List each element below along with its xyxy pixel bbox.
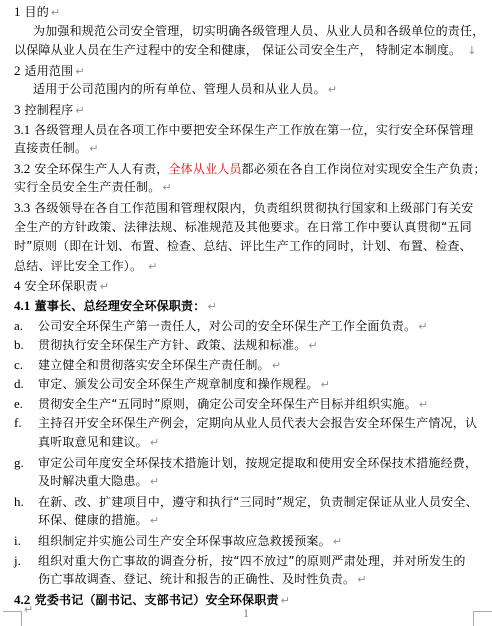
line-break-mark: ↓ (467, 44, 476, 57)
line-text: 公司安全环保生产第一责任人，对公司的安全环保生产工作全面负责。 (38, 319, 416, 333)
line-text: 在新、改、扩建项目中，遵守和执行“三同时”规定，负责制定保证从业人员安全、 (38, 495, 478, 509)
line-text: 建立健全和贯彻落实安全环保生产责任制。 (38, 358, 270, 372)
list-item: c.建立健全和贯彻落实安全环保生产责任制。↵ (14, 355, 478, 375)
body-line: 为加强和规范公司安全管理，切实明确各级管理人员、从业人员和各级单位的责任， (14, 22, 478, 42)
body-line: 以保障从业人员在生产过程中的安全和健康， 保证公司安全生产， 特制定本制度。 ↓ (14, 41, 478, 61)
list-item-continuation: 伤亡事故调查、登记、统计和报告的正确性、及时性负责。↵ (14, 570, 478, 590)
section-title: 目的 (25, 5, 49, 19)
list-marker: b. (14, 335, 38, 355)
line-text: 伤亡事故调查、登记、统计和报告的正确性、及时性负责。 (38, 572, 355, 586)
line-text: 直接责任制。 (14, 141, 87, 155)
clause-number: 3.2 (14, 161, 30, 176)
line-text: 主持召开安全环保生产例会，定期向从业人员代表大会报告安全环保生产情况，认 (38, 416, 477, 430)
section-title: 适用范围 (25, 64, 74, 78)
clause-number: 3.3 (14, 200, 30, 215)
subsection-number: 4.1 (14, 298, 30, 313)
paragraph-mark: ↵ (272, 359, 281, 372)
line-text: 及时解决重大隐患。 (38, 474, 148, 488)
paragraph-mark: ↵ (418, 320, 427, 333)
list-marker: j. (14, 551, 38, 571)
body-line: 3.2 安全环保生产人人有责，全体从业人员都必须在各自工作岗位对实现安全生产负责… (14, 159, 478, 179)
list-item: f.主持召开安全环保生产例会，定期向从业人员代表大会报告安全环保生产情况，认 (14, 413, 478, 433)
paragraph-mark: ↵ (308, 339, 317, 352)
list-marker: i. (14, 531, 38, 551)
paragraph-mark: ↵ (100, 280, 109, 293)
list-marker: h. (14, 492, 38, 512)
section-title: 控制程序 (25, 103, 74, 117)
line-text: 各级管理人员在各项工作中要把安全环保生产工作放在第一位，实行安全环保管理 (34, 123, 473, 137)
list-item: i.组织制定并实施公司生产安全环保事故应急救援预案。↵ (14, 531, 478, 551)
paragraph-mark: ↵ (75, 104, 84, 117)
section-heading: 4 安全环保职责↵ (14, 276, 478, 296)
line-text: 组织制定并实施公司生产安全环保事故应急救援预案。 (38, 534, 331, 548)
line-text: 安全环保生产人人有责， (34, 162, 168, 176)
page-number: 1 (0, 606, 492, 620)
paragraph-mark: ↵ (419, 398, 428, 411)
list-marker: f. (14, 413, 38, 433)
section-number: 4 (14, 278, 21, 293)
paragraph-mark: ↵ (333, 535, 342, 548)
list-item: a.公司安全环保生产第一责任人，对公司的安全环保生产工作全面负责。↵ (14, 316, 478, 336)
list-marker: e. (14, 394, 38, 414)
line-text: 审定、颁发公司安全环保生产规章制度和操作规程。 (38, 377, 319, 391)
line-text: 总结、评比安全工作）。 (14, 259, 146, 273)
line-text: 组织对重大伤亡事故的调查分析，按“四不放过”的原则严肃处理，并对所发生的 (38, 554, 466, 568)
section-heading: 1 目的↵ (14, 2, 478, 22)
line-text: 贯彻安全生产“五同时”原则，确定公司安全环保生产目标并组织实施。 (38, 397, 417, 411)
paragraph-mark: ↵ (357, 573, 366, 586)
line-text: 以保障从业人员在生产过程中的安全和健康， 保证公司安全生产， 特制定本制度。 (14, 43, 465, 57)
paragraph-mark: ↵ (150, 514, 159, 527)
list-item-continuation: 环保、健康的措施。↵ (14, 511, 478, 531)
body-line: 适用于公司范围内的所有单位、管理人员和从业人员。↵ (14, 80, 478, 100)
line-text: 适用于公司范围内的所有单位、管理人员和从业人员。 (33, 82, 326, 96)
clause-number: 3.1 (14, 122, 30, 137)
list-item: g.审定公司年度安全环保技术措施计划，按规定提取和使用安全环保技术措施经费， (14, 453, 478, 473)
body-line: 总结、评比安全工作）。 ↵ (14, 257, 478, 277)
line-text: 为加强和规范公司安全管理，切实明确各级管理人员、从业人员和各级单位的责任， (33, 24, 484, 38)
list-item-continuation: 真听取意见和建议。↵ (14, 433, 478, 453)
line-text: 时”原则（即在计划、布置、检查、总结、评比生产工作的同时，计划、布置、检查、 (14, 239, 472, 253)
body-line: 全生产的方针政策、法律法规、标准规范及其他要求。在日常工作中要认真贯彻“五同 (14, 218, 478, 238)
list-item: h.在新、改、扩建项目中，遵守和执行“三同时”规定，负责制定保证从业人员安全、 (14, 492, 478, 512)
section-number: 1 (14, 4, 21, 19)
section-heading: 2 适用范围↵ (14, 61, 478, 81)
list-item: d.审定、颁发公司安全环保生产规章制度和操作规程。↵ (14, 374, 478, 394)
body-line: 直接责任制。↵ (14, 139, 478, 159)
line-text: 真听取意见和建议。 (38, 435, 148, 449)
list-marker: c. (14, 355, 38, 375)
paragraph-mark: ↵ (321, 378, 330, 391)
paragraph-mark: ↵ (150, 475, 159, 488)
list-marker: g. (14, 453, 38, 473)
highlighted-text: 全体从业人员 (168, 162, 241, 176)
body-line: 时”原则（即在计划、布置、检查、总结、评比生产工作的同时，计划、布置、检查、 (14, 237, 478, 257)
paragraph-mark: ↵ (162, 181, 171, 194)
line-text: 各级领导在各自工作范围和管理权限内，负责组织贯彻执行国家和上级部门有关安 (34, 201, 473, 215)
paragraph-mark: ↵ (207, 300, 216, 313)
subsection-heading: 4.1 董事长、总经理安全环保职责：↵ (14, 296, 478, 316)
list-item: b.贯彻执行安全环保生产方针、政策、法规和标准。↵ (14, 335, 478, 355)
list-marker: a. (14, 316, 38, 336)
section-number: 3 (14, 102, 21, 117)
line-text: 实行全员安全生产责任制。 (14, 180, 160, 194)
paragraph-mark: ↵ (75, 65, 84, 78)
paragraph-mark: ↵ (51, 6, 60, 19)
line-text: 都必须在各自工作岗位对实现安全生产负责； (242, 162, 486, 176)
section-number: 2 (14, 63, 21, 78)
document-page: 1 目的↵ 为加强和规范公司安全管理，切实明确各级管理人员、从业人员和各级单位的… (0, 0, 492, 626)
paragraph-mark: ↵ (281, 594, 290, 607)
section-heading: 3 控制程序↵ (14, 100, 478, 120)
line-text: 全生产的方针政策、法律法规、标准规范及其他要求。在日常工作中要认真贯彻“五同 (14, 220, 472, 234)
section-title: 安全环保职责 (25, 279, 98, 293)
paragraph-mark: ↵ (328, 83, 337, 96)
list-item-continuation: 及时解决重大隐患。↵ (14, 472, 478, 492)
paragraph-mark: ↵ (148, 260, 157, 273)
list-item: j.组织对重大伤亡事故的调查分析，按“四不放过”的原则严肃处理，并对所发生的 (14, 551, 478, 571)
line-text: 审定公司年度安全环保技术措施计划，按规定提取和使用安全环保技术措施经费， (38, 456, 477, 470)
list-marker: d. (14, 374, 38, 394)
body-line: 实行全员安全生产责任制。↵ (14, 178, 478, 198)
line-text: 环保、健康的措施。 (38, 513, 148, 527)
subsection-title: 董事长、总经理安全环保职责： (35, 299, 206, 313)
body-line: 3.1 各级管理人员在各项工作中要把安全环保生产工作放在第一位，实行安全环保管理 (14, 120, 478, 140)
body-line: 3.3 各级领导在各自工作范围和管理权限内，负责组织贯彻执行国家和上级部门有关安 (14, 198, 478, 218)
subsection-title: 党委书记（副书记、支部书记）安全环保职责 (35, 593, 279, 607)
line-text: 贯彻执行安全环保生产方针、政策、法规和标准。 (38, 338, 306, 352)
paragraph-mark: ↵ (89, 142, 98, 155)
document-text-area[interactable]: 1 目的↵ 为加强和规范公司安全管理，切实明确各级管理人员、从业人员和各级单位的… (14, 2, 478, 609)
list-item: e.贯彻安全生产“五同时”原则，确定公司安全环保生产目标并组织实施。↵ (14, 394, 478, 414)
paragraph-mark: ↵ (150, 436, 159, 449)
